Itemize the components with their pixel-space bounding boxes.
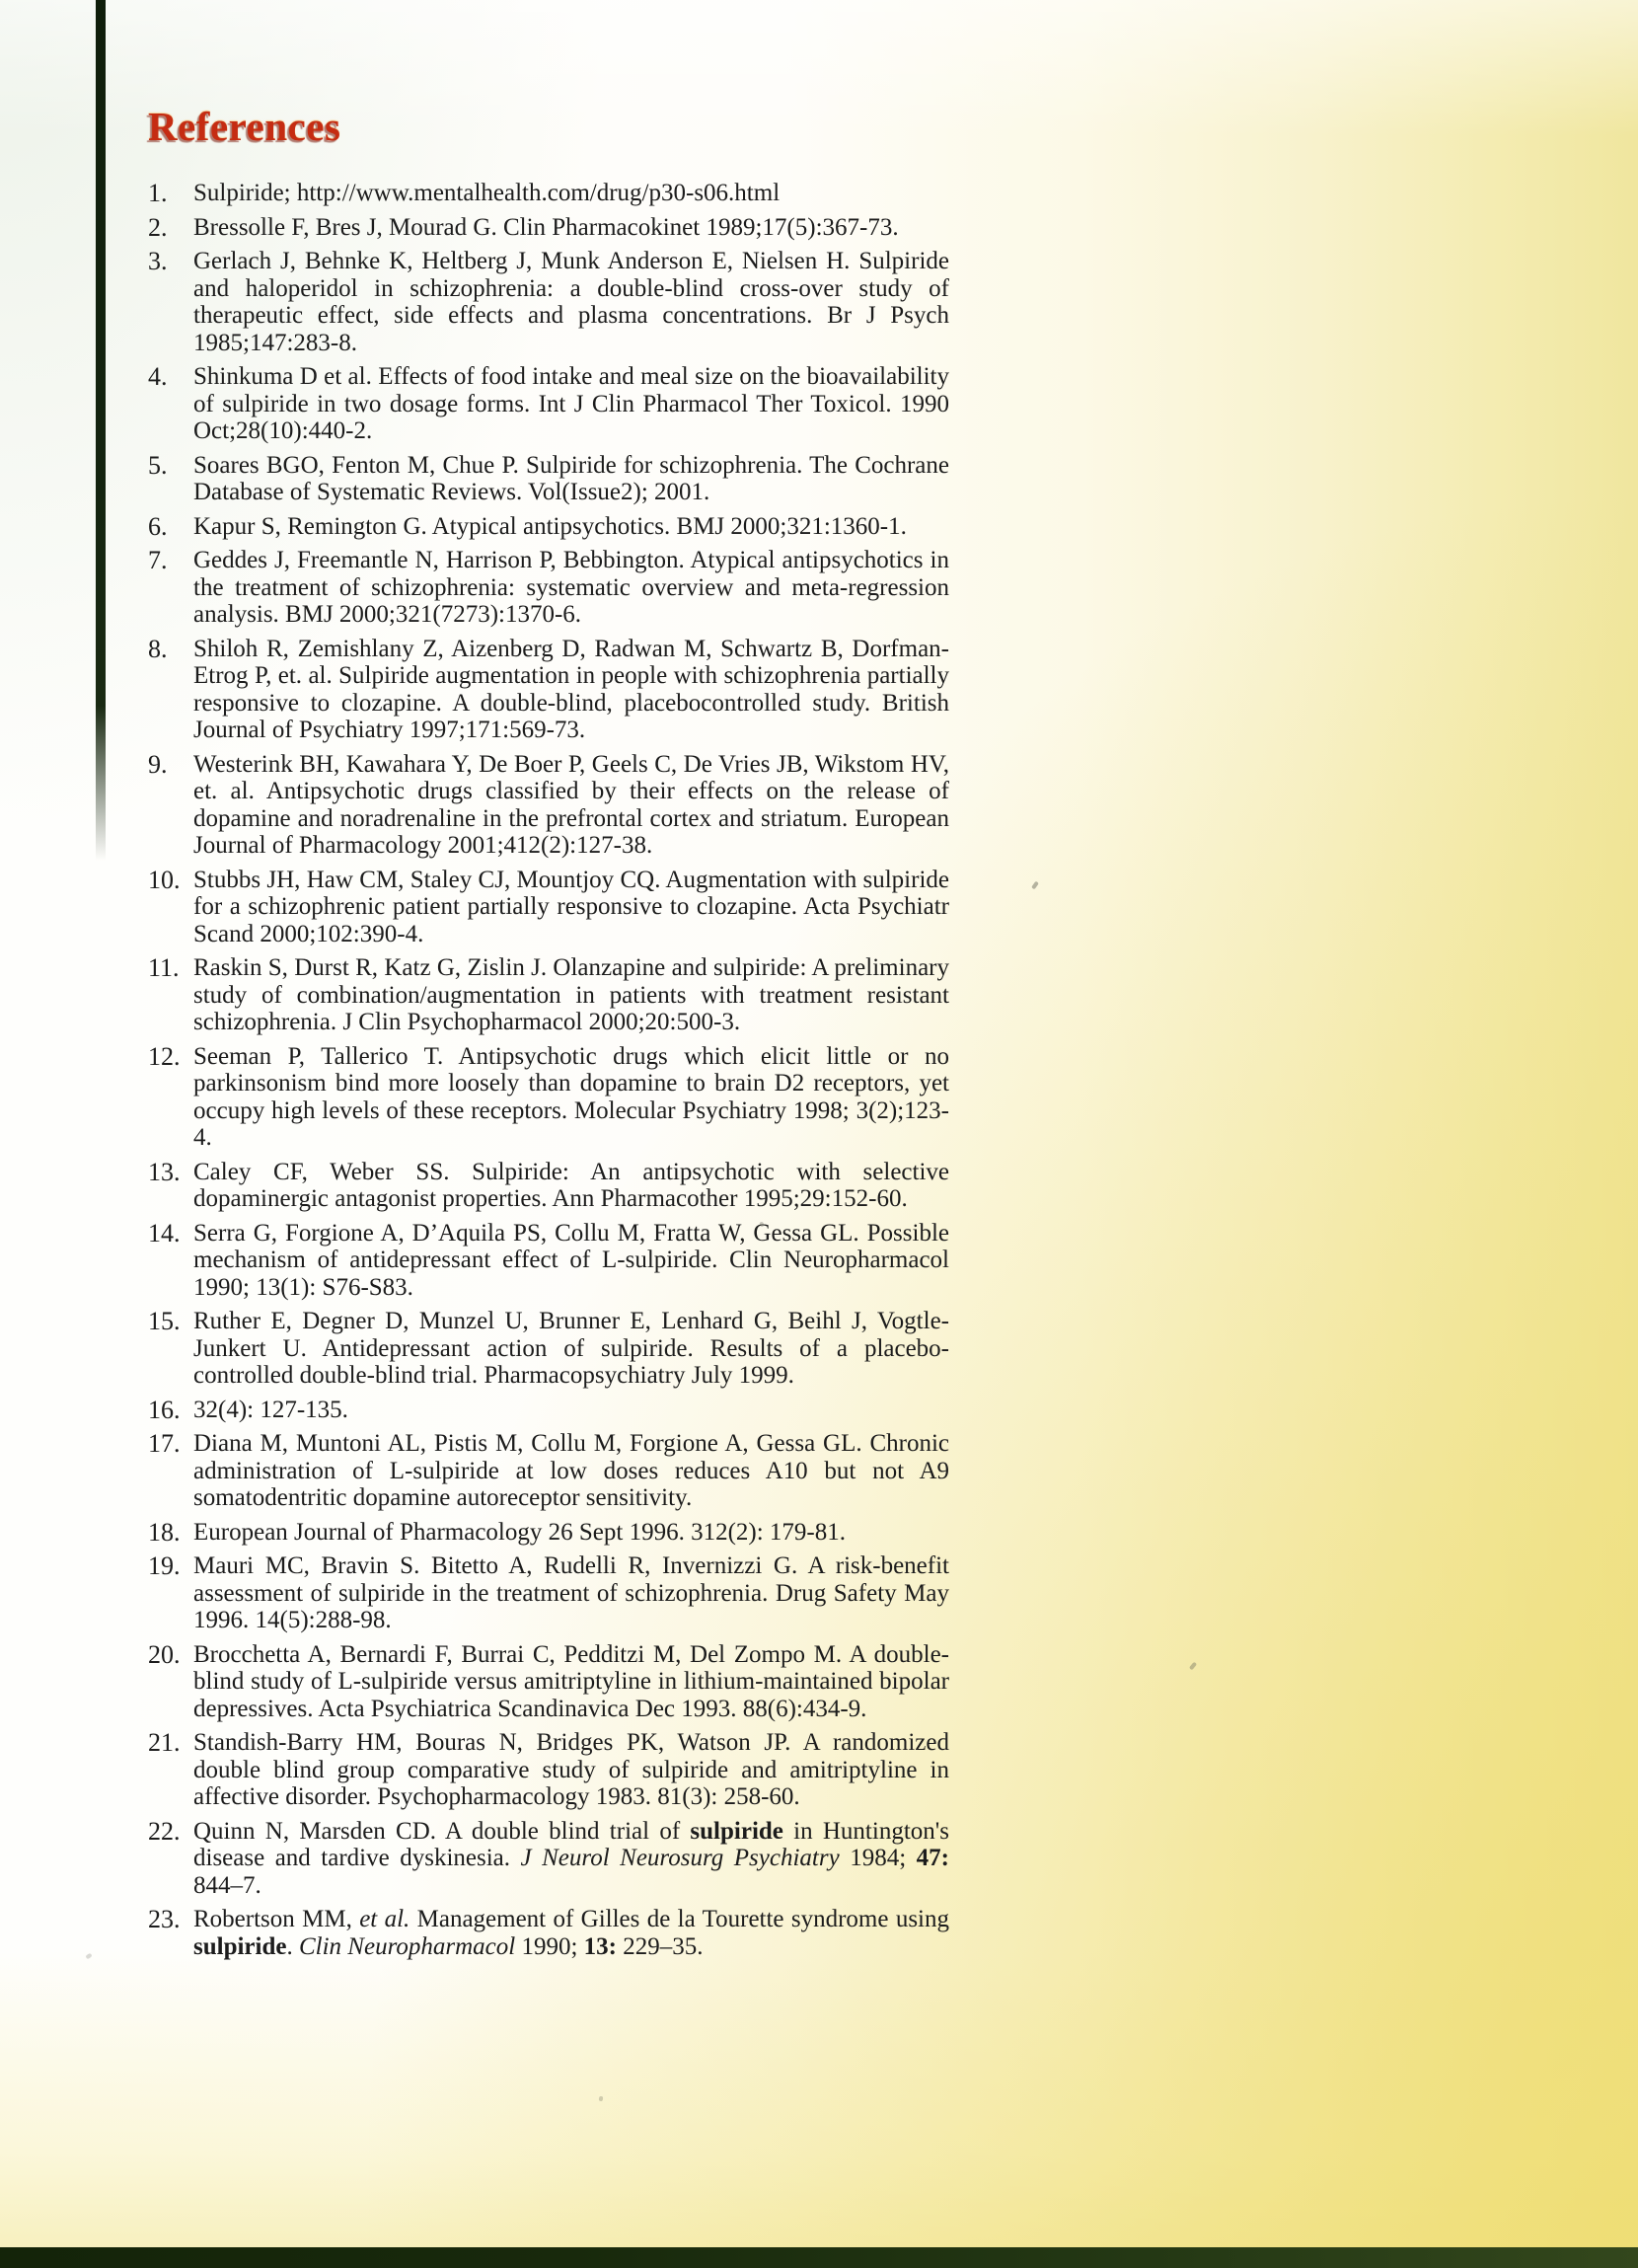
reference-number: 19. — [148, 1552, 193, 1634]
reference-number: 1. — [148, 180, 193, 207]
reference-item: 21.Standish-Barry HM, Bouras N, Bridges … — [148, 1729, 952, 1811]
reference-number: 14. — [148, 1220, 193, 1302]
references-list: 1.Sulpiride; http://www.mentalhealth.com… — [148, 180, 952, 1960]
reference-number: 18. — [148, 1519, 193, 1547]
reference-number: 7. — [148, 547, 193, 629]
page-title: References — [148, 103, 952, 150]
reference-text: Soares BGO, Fenton M, Chue P. Sulpiride … — [193, 452, 949, 506]
reference-number: 12. — [148, 1043, 193, 1152]
reference-number: 2. — [148, 214, 193, 242]
reference-number: 8. — [148, 636, 193, 744]
reference-number: 9. — [148, 751, 193, 860]
reference-text: Brocchetta A, Bernardi F, Burrai C, Pedd… — [193, 1641, 949, 1723]
reference-number: 4. — [148, 363, 193, 445]
reference-number: 11. — [148, 954, 193, 1036]
reference-number: 3. — [148, 248, 193, 356]
reference-text: Raskin S, Durst R, Katz G, Zislin J. Ola… — [193, 954, 949, 1036]
reference-text: Westerink BH, Kawahara Y, De Boer P, Gee… — [193, 751, 949, 860]
reference-number: 21. — [148, 1729, 193, 1811]
reference-text: Stubbs JH, Haw CM, Staley CJ, Mountjoy C… — [193, 867, 949, 948]
reference-number: 15. — [148, 1308, 193, 1390]
reference-item: 7.Geddes J, Freemantle N, Harrison P, Be… — [148, 547, 952, 629]
reference-item: 3.Gerlach J, Behnke K, Heltberg J, Munk … — [148, 248, 952, 356]
reference-text: Shinkuma D et al. Effects of food intake… — [193, 363, 949, 445]
reference-item: 6.Kapur S, Remington G. Atypical antipsy… — [148, 513, 952, 541]
scan-edge-bottom — [0, 2247, 1638, 2268]
reference-item: 13.Caley CF, Weber SS. Sulpiride: An ant… — [148, 1159, 952, 1213]
reference-text: Bressolle F, Bres J, Mourad G. Clin Phar… — [193, 214, 949, 242]
reference-item: 23.Robertson MM, et al. Management of Gi… — [148, 1906, 952, 1960]
scanned-page-background: References 1.Sulpiride; http://www.menta… — [0, 0, 1638, 2268]
reference-number: 16. — [148, 1397, 193, 1424]
reference-item: 17.Diana M, Muntoni AL, Pistis M, Collu … — [148, 1430, 952, 1512]
reference-item: 12.Seeman P, Tallerico T. Antipsychotic … — [148, 1043, 952, 1152]
scan-speck — [599, 2096, 604, 2102]
reference-item: 19.Mauri MC, Bravin S. Bitetto A, Rudell… — [148, 1552, 952, 1634]
reference-item: 2.Bressolle F, Bres J, Mourad G. Clin Ph… — [148, 214, 952, 242]
reference-number: 10. — [148, 867, 193, 948]
reference-item: 5.Soares BGO, Fenton M, Chue P. Sulpirid… — [148, 452, 952, 506]
reference-item: 22.Quinn N, Marsden CD. A double blind t… — [148, 1818, 952, 1900]
reference-number: 20. — [148, 1641, 193, 1723]
reference-text: Mauri MC, Bravin S. Bitetto A, Rudelli R… — [193, 1552, 949, 1634]
reference-number: 13. — [148, 1159, 193, 1213]
reference-item: 10.Stubbs JH, Haw CM, Staley CJ, Mountjo… — [148, 867, 952, 948]
reference-item: 8.Shiloh R, Zemishlany Z, Aizenberg D, R… — [148, 636, 952, 744]
reference-number: 23. — [148, 1906, 193, 1960]
reference-number: 5. — [148, 452, 193, 506]
reference-item: 14.Serra G, Forgione A, D’Aquila PS, Col… — [148, 1220, 952, 1302]
reference-item: 9.Westerink BH, Kawahara Y, De Boer P, G… — [148, 751, 952, 860]
reference-text: Serra G, Forgione A, D’Aquila PS, Collu … — [193, 1220, 949, 1302]
scan-edge-left — [96, 0, 106, 861]
references-section: References 1.Sulpiride; http://www.menta… — [148, 103, 952, 1967]
reference-text: Kapur S, Remington G. Atypical antipsych… — [193, 513, 949, 541]
reference-text: Sulpiride; http://www.mentalhealth.com/d… — [193, 180, 949, 207]
reference-text: Quinn N, Marsden CD. A double blind tria… — [193, 1818, 949, 1900]
reference-item: 11.Raskin S, Durst R, Katz G, Zislin J. … — [148, 954, 952, 1036]
scan-speck — [1189, 1662, 1197, 1671]
reference-text: Caley CF, Weber SS. Sulpiride: An antips… — [193, 1159, 949, 1213]
reference-item: 20.Brocchetta A, Bernardi F, Burrai C, P… — [148, 1641, 952, 1723]
scan-speck — [85, 1953, 92, 1960]
reference-text: Standish-Barry HM, Bouras N, Bridges PK,… — [193, 1729, 949, 1811]
reference-text: Geddes J, Freemantle N, Harrison P, Bebb… — [193, 547, 949, 629]
reference-item: 16.32(4): 127-135. — [148, 1397, 952, 1424]
reference-text: Ruther E, Degner D, Munzel U, Brunner E,… — [193, 1308, 949, 1390]
reference-item: 15.Ruther E, Degner D, Munzel U, Brunner… — [148, 1308, 952, 1390]
reference-item: 4.Shinkuma D et al. Effects of food inta… — [148, 363, 952, 445]
reference-text: Robertson MM, et al. Management of Gille… — [193, 1906, 949, 1960]
reference-item: 18.European Journal of Pharmacology 26 S… — [148, 1519, 952, 1547]
reference-text: Seeman P, Tallerico T. Antipsychotic dru… — [193, 1043, 949, 1152]
reference-item: 1.Sulpiride; http://www.mentalhealth.com… — [148, 180, 952, 207]
reference-number: 22. — [148, 1818, 193, 1900]
reference-text: 32(4): 127-135. — [193, 1397, 949, 1424]
reference-text: Gerlach J, Behnke K, Heltberg J, Munk An… — [193, 248, 949, 356]
reference-number: 17. — [148, 1430, 193, 1512]
reference-number: 6. — [148, 513, 193, 541]
scan-speck — [1031, 881, 1039, 890]
reference-text: Diana M, Muntoni AL, Pistis M, Collu M, … — [193, 1430, 949, 1512]
reference-text: Shiloh R, Zemishlany Z, Aizenberg D, Rad… — [193, 636, 949, 744]
reference-text: European Journal of Pharmacology 26 Sept… — [193, 1519, 949, 1547]
